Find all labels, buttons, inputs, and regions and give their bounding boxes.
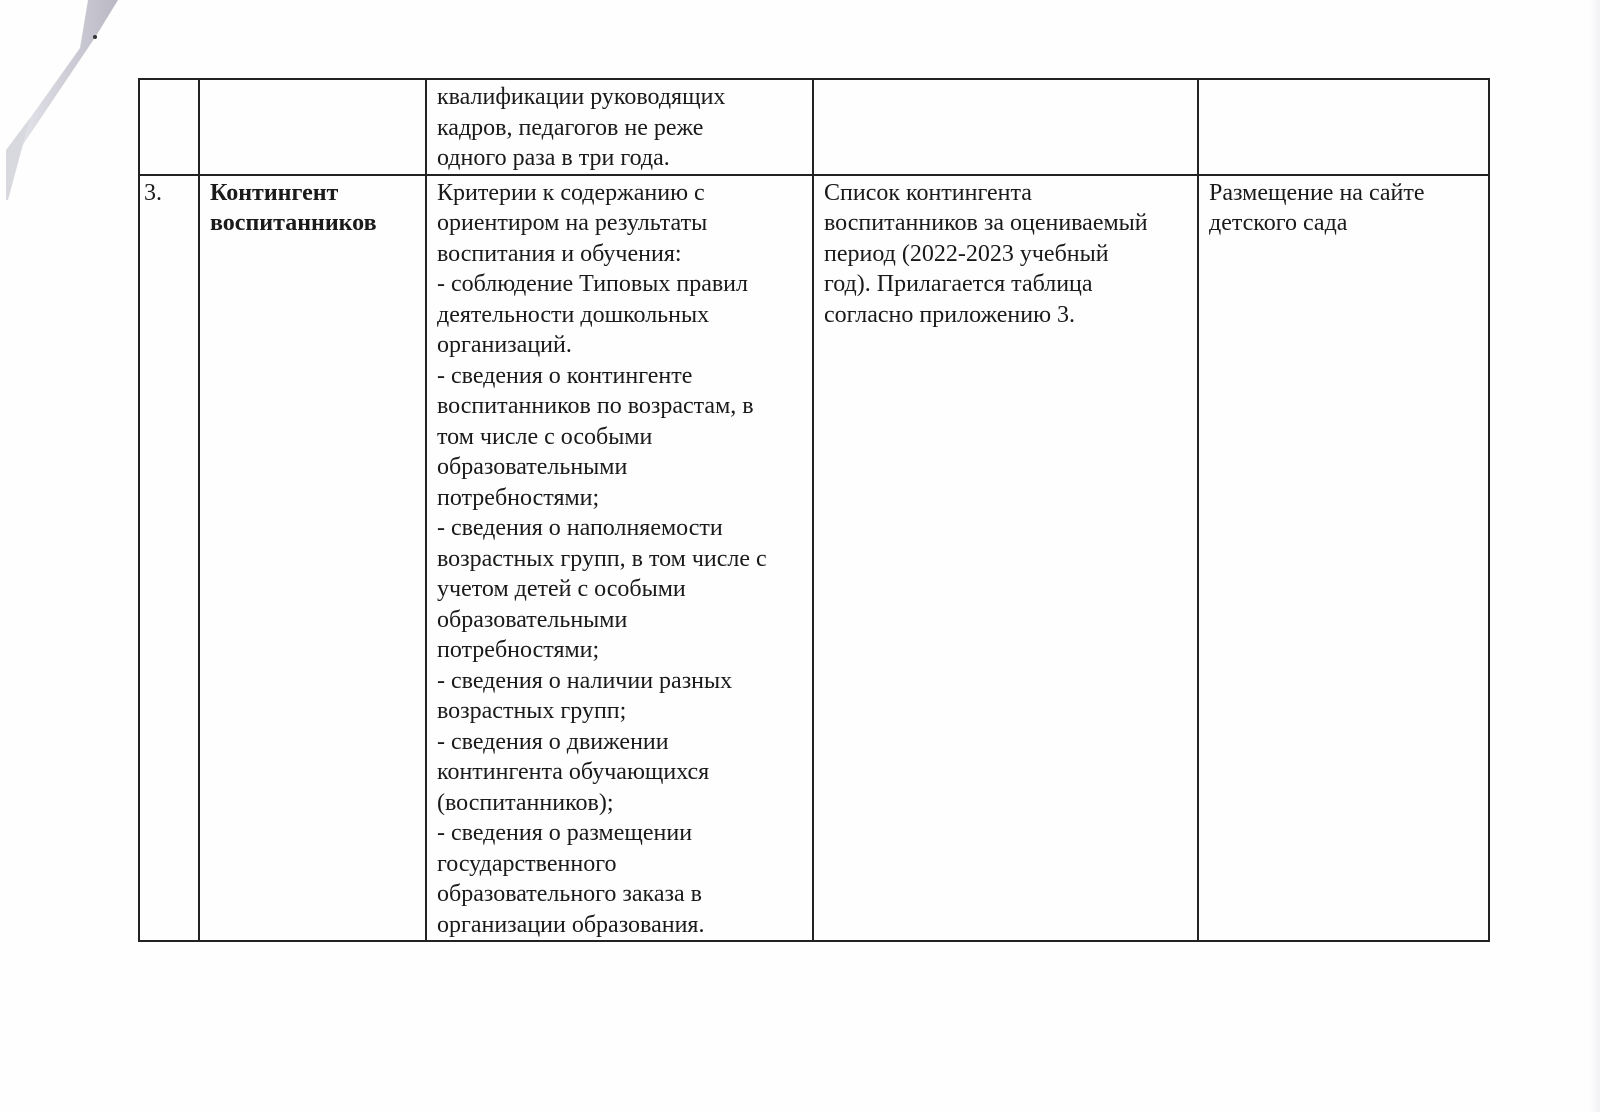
placement-cell: Размещение на сайте детского сада xyxy=(1198,175,1489,942)
evidence-cell: Список контингента воспитанников за оцен… xyxy=(813,175,1198,942)
placement-text: Размещение на сайте детского сада xyxy=(1209,180,1425,237)
scanned-page: квалификации руководящих кадров, педагог… xyxy=(0,0,1600,1112)
category-text: Контингент воспитанников xyxy=(210,180,377,237)
criteria-cell: Критерии к содержанию с ориентиром на ре… xyxy=(426,175,813,942)
category-cell: Контингент воспитанников xyxy=(199,175,426,942)
row-number: 3. xyxy=(144,180,162,206)
row-number-cell: 3. xyxy=(139,175,199,942)
page-edge-shadow xyxy=(1588,0,1600,1112)
table-row: квалификации руководящих кадров, педагог… xyxy=(139,79,1489,175)
evidence-text: Список контингента воспитанников за оцен… xyxy=(824,180,1148,328)
table-row: 3. Контингент воспитанников Критерии к с… xyxy=(139,175,1489,942)
criteria-table: квалификации руководящих кадров, педагог… xyxy=(138,78,1490,942)
category-cell xyxy=(199,79,426,175)
criteria-cell: квалификации руководящих кадров, педагог… xyxy=(426,79,813,175)
placement-cell xyxy=(1198,79,1489,175)
page-curl-shadow xyxy=(0,0,120,200)
criteria-text: Критерии к содержанию с ориентиром на ре… xyxy=(437,180,767,938)
criteria-text: квалификации руководящих кадров, педагог… xyxy=(437,84,725,171)
row-number-cell xyxy=(139,79,199,175)
evidence-cell xyxy=(813,79,1198,175)
